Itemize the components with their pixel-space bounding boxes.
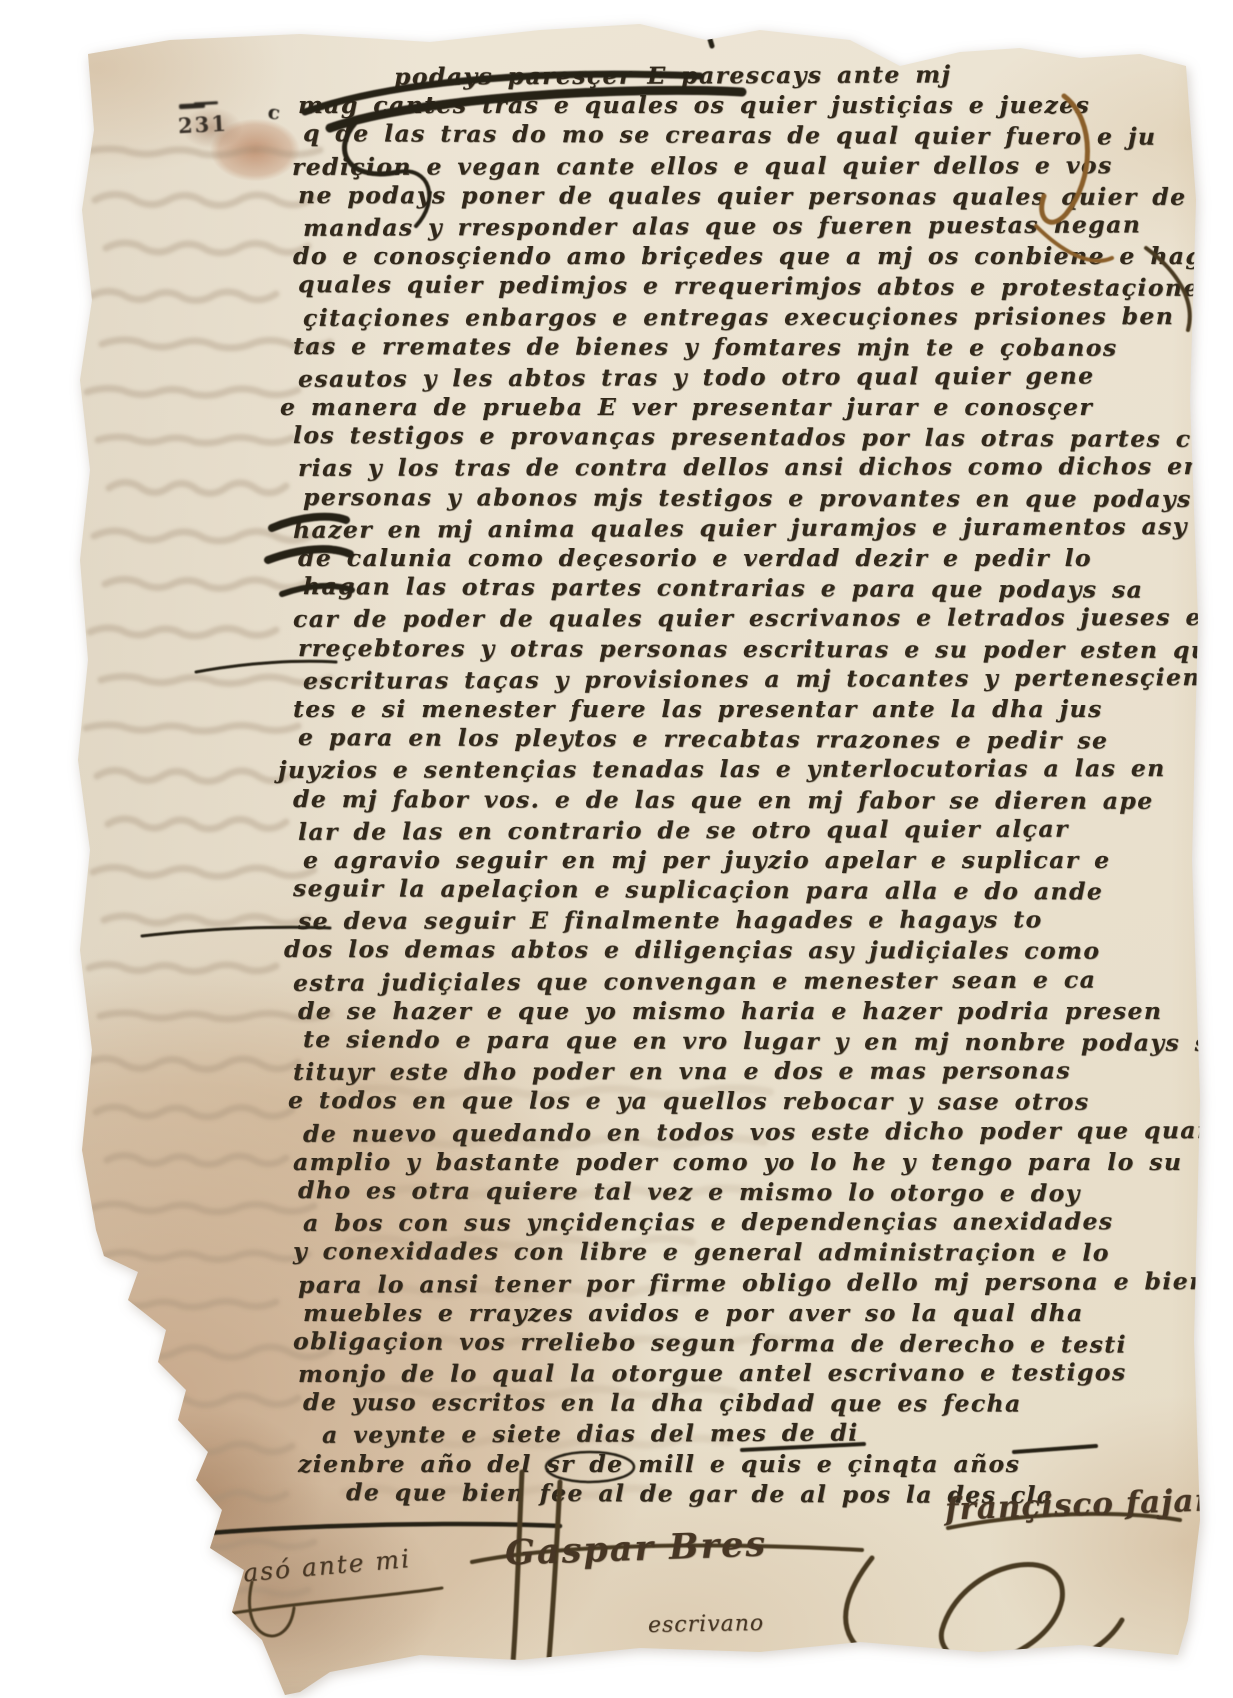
manuscript-line: los testigos e provanças presentados por… (293, 420, 1203, 454)
manuscript-line: de se hazer e que yo mismo haria e hazer… (298, 996, 1203, 1026)
manuscript-line: de mj fabor vos. e de las que en mj fabo… (293, 784, 1203, 816)
manuscript-line: q de las tras do mo se crearas de qual q… (303, 118, 1203, 152)
notary-pass-annotation: pasó ante mi (224, 1544, 412, 1589)
manuscript-line: do e conosçiendo amo briçedes que a mj o… (293, 241, 1203, 271)
signature-gaspar-bres: Gaspar Bres (504, 1523, 767, 1573)
manuscript-line: rias y los tras de contra dellos ansi di… (298, 451, 1203, 483)
manuscript-line: personas y abonos mjs testigos e provant… (303, 482, 1203, 514)
manuscript-line: monjo de lo qual la otorgue antel escriv… (298, 1357, 1203, 1389)
manuscript-line: hazer en mj anima quales quier juramjos … (293, 511, 1203, 545)
margin-mark: c (266, 99, 281, 124)
manuscript-line: y conexidades con libre e general admini… (293, 1236, 1203, 1268)
manuscript-page: 231 c podays paresçer E parescays ante m… (0, 0, 1233, 1698)
manuscript-line: de calunia como deçesorio e verdad dezir… (298, 543, 1203, 573)
manuscript-line: seguir la apelaçion e suplicaçion para a… (293, 873, 1203, 907)
manuscript-line: lar de las en contrario de se otro qual … (298, 813, 1203, 847)
manuscript-line: hagan las otras partes contrarias e para… (303, 571, 1203, 605)
manuscript-line: se deva seguir E finalmente hagades e ha… (298, 904, 1203, 936)
verso-show-through (0, 0, 1233, 1698)
manuscript-line: de que bien fee al de gar de al pos la d… (346, 1477, 1203, 1511)
manuscript-line: e para en los pleytos e rrecabtas rrazon… (298, 722, 1203, 756)
manuscript-line: rediçion e vegan cante ellos e qual quie… (292, 150, 1203, 182)
manuscript-line: rreçebtores y otras personas escrituras … (298, 633, 1203, 665)
manuscript-line: a veynte e siete dias del mes de di (322, 1417, 1203, 1451)
manuscript-line: tituyr este dho poder en vna e dos e mas… (293, 1055, 1203, 1087)
manuscript-line: para lo ansi tener por firme obligo dell… (298, 1266, 1203, 1300)
scanner-background: 231 c podays paresçer E parescays ante m… (0, 0, 1233, 1698)
manuscript-line: e manera de prueba E ver presentar jurar… (280, 392, 1203, 422)
manuscript-line: esautos y les abtos tras y todo otro qua… (298, 360, 1203, 394)
manuscript-line: e todos en que los e ya quellos rebocar … (288, 1085, 1203, 1117)
manuscript-line: obligaçion vos rreliebo segun forma de d… (293, 1326, 1203, 1360)
manuscript-line: escrituras taças y provisiones a mj toca… (303, 662, 1203, 696)
manuscript-line: e agravio seguir en mj per juyzio apelar… (303, 845, 1203, 875)
manuscript-line: tas e rremates de bienes y fomtares mjn … (293, 331, 1203, 363)
manuscript-line: zienbre año del sr de mill e quis e çinq… (298, 1449, 1203, 1479)
signature-title-escrivano: escrivano (648, 1611, 765, 1638)
manuscript-line: mag cantes tras e quales os quier justiç… (298, 90, 1203, 120)
manuscript-line: mandas y rresponder alas que os fueren p… (303, 209, 1203, 243)
manuscript-line: de yuso escritos en la dha çibdad que es… (303, 1387, 1203, 1419)
manuscript-line: dos los demas abtos e diligençias asy ju… (284, 934, 1203, 966)
manuscript-line: juyzios e sentençias tenadas las e ynter… (278, 753, 1203, 785)
manuscript-line: ne podays poner de quales quier personas… (298, 180, 1203, 212)
signature-francisco-fajardo: françisco fajardo. (944, 1480, 1233, 1527)
manuscript-line: tes e si menester fuere las presentar an… (293, 694, 1203, 724)
manuscript-line: quales quier pedimjos e rrequerimjos abt… (298, 269, 1203, 303)
manuscript-line: çitaçiones enbargos e entregas execuçion… (303, 301, 1203, 333)
manuscript-line: estra judiçiales que convengan e meneste… (293, 964, 1203, 998)
manuscript-line: te siendo e para que en vro lugar y en m… (303, 1024, 1203, 1058)
manuscript-line: car de poder de quales quier escrivanos … (293, 602, 1203, 634)
manuscript-line: de nuevo quedando en todos vos este dich… (303, 1115, 1203, 1149)
manuscript-text-block: podays paresçer E parescays ante mjmag c… (298, 60, 1203, 1509)
ink-flourishes (0, 0, 1233, 1698)
manuscript-line: dho es otra quiere tal vez e mismo lo ot… (298, 1175, 1203, 1209)
folio-number: 231 (177, 111, 228, 139)
manuscript-line: podays paresçer E parescays ante mj (394, 58, 1203, 92)
manuscript-line: muebles e rrayzes avidos e por aver so l… (303, 1298, 1203, 1328)
manuscript-line: amplio y bastante poder como yo lo he y … (293, 1147, 1203, 1177)
manuscript-line: a bos con sus ynçidençias e dependençias… (303, 1206, 1203, 1238)
